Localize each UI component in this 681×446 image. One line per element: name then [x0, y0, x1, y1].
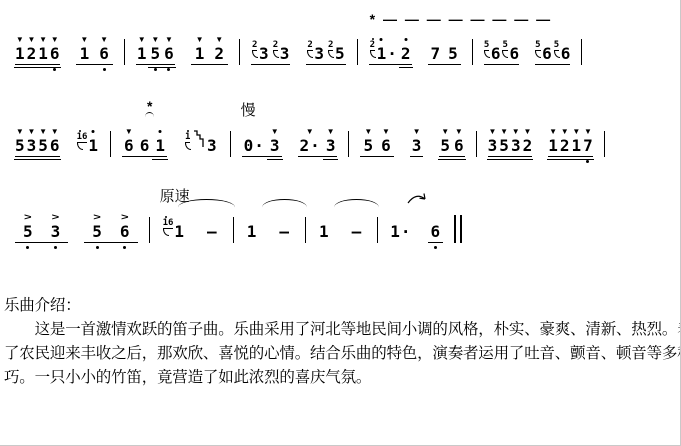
accent-icon: >: [93, 214, 101, 221]
note-digit: 3: [326, 136, 336, 156]
note-below: [511, 156, 521, 164]
measure: >5>3>5>6: [14, 206, 139, 250]
note-digit: 2: [401, 44, 411, 64]
note-group: ▼5▼6: [438, 120, 465, 164]
note: 56: [501, 28, 520, 72]
accent-icon: ▼: [80, 35, 88, 44]
beam-secondary: [582, 159, 594, 160]
accent-icon: >: [52, 214, 60, 221]
note-group: —: [201, 206, 223, 250]
note-digit: 6: [491, 44, 501, 64]
note-below: [27, 156, 37, 164]
note: ▼1: [135, 28, 149, 72]
grace-note: 16: [163, 216, 174, 236]
augmentation-dot: ·: [254, 136, 264, 156]
note-marks: ▼: [214, 28, 224, 44]
note: ▼3: [409, 120, 425, 164]
barline: [348, 131, 349, 157]
note: ▼1: [547, 120, 559, 164]
beam-secondary: [49, 67, 61, 68]
note-group: —: [346, 206, 368, 250]
grace-note: 16: [77, 130, 88, 150]
note-digit: 5: [440, 136, 450, 156]
accent-icon: ▼: [489, 127, 497, 136]
beam-secondary: [571, 159, 583, 160]
measure: 慢0·▼3▼2·▼3: [241, 120, 339, 164]
note-marks: ▼: [499, 120, 509, 136]
note-below: [51, 242, 61, 250]
note-below: [307, 64, 324, 72]
note: ▼1: [571, 120, 583, 164]
accent-icon: ▼: [364, 127, 372, 136]
note-below: [401, 64, 411, 72]
note-digit: 1: [377, 44, 387, 64]
note-body: 3: [511, 136, 521, 156]
note: ▼3: [510, 120, 522, 164]
note-below: [554, 64, 571, 72]
trill-extension-mark: * — — — — — — — —: [370, 11, 553, 27]
note-digit: 2: [300, 136, 310, 156]
note-body: 21·: [370, 44, 397, 64]
grace-digits: 2: [307, 41, 312, 51]
note-digit: 3: [207, 136, 217, 156]
measure: ▼5▼6▼3▼5▼6: [359, 120, 465, 164]
accent-icon: ▼: [413, 127, 421, 136]
note-below: [326, 156, 336, 164]
grace-hook-icon: [370, 51, 376, 58]
barline: [377, 217, 378, 243]
note-digit: —: [352, 222, 362, 242]
note: 25: [326, 28, 347, 72]
note-below: [583, 156, 593, 164]
beam-secondary: [438, 159, 452, 160]
grace-hook-icon: [77, 143, 83, 150]
accent-icon: ▼: [561, 127, 569, 136]
note: ▼5: [37, 120, 49, 164]
accent-icon: ▼: [441, 127, 449, 136]
intro-paragraph-line: 巧。一只小小的竹笛，竟营造了如此浓烈的喜庆气氛。: [4, 366, 680, 390]
note: 23: [305, 28, 326, 72]
note: ▼2: [522, 120, 534, 164]
accent-icon: ▼: [327, 127, 335, 136]
note-digit: 7: [431, 44, 441, 64]
note-body: 56: [535, 44, 552, 64]
note-body: 6: [50, 136, 60, 156]
measure: 1·6: [388, 206, 444, 250]
note-group: ▼5▼3▼5▼6: [14, 120, 61, 164]
note-below: [164, 64, 174, 72]
note-below: [92, 242, 102, 250]
octave-dot-low: [103, 68, 106, 71]
accent-icon: ▼: [584, 127, 592, 136]
note: —: [273, 206, 295, 250]
note-below: [390, 242, 410, 250]
note-body: 6: [124, 136, 134, 156]
grace-digits: 5: [554, 41, 559, 51]
note-digit: 3: [27, 136, 37, 156]
note-below: [77, 156, 98, 164]
note-below: [155, 156, 165, 164]
note-body: 3: [412, 136, 422, 156]
note-body: 2: [27, 44, 37, 64]
note: —: [201, 206, 223, 250]
note-marks: ▼: [523, 120, 533, 136]
note-group: ▼6*61: [121, 120, 168, 164]
note-digit: 6: [431, 222, 441, 242]
note-group: 5656: [483, 28, 520, 72]
grace-digits: 1: [185, 133, 190, 143]
note-below: [50, 156, 60, 164]
note-digit: 6: [124, 136, 134, 156]
note-digit: 6: [509, 44, 519, 64]
grace-note: 2: [328, 41, 334, 58]
beam-secondary: [148, 67, 162, 68]
note-marks: ▼: [511, 120, 521, 136]
note-group: 原速161: [160, 206, 187, 250]
note-group: 慢0·▼3: [241, 120, 283, 164]
note-below: [80, 64, 90, 72]
accent-icon: >: [24, 214, 32, 221]
note-marks: [247, 206, 257, 222]
note-digit: 1: [15, 44, 25, 64]
beam-secondary: [452, 159, 466, 160]
octave-dot-low: [434, 246, 437, 249]
note-body: 6: [164, 44, 174, 64]
barline: [149, 217, 150, 243]
barline: [233, 217, 234, 243]
grace-hook-icon: [185, 143, 191, 150]
note: 23: [271, 28, 292, 72]
note-digit: 1: [155, 136, 165, 156]
note-marks: ▼: [15, 120, 25, 136]
note-below: [163, 242, 184, 250]
grace-digits: 16: [163, 219, 174, 229]
octave-dot-low: [53, 68, 56, 71]
note-body: 1: [319, 222, 329, 242]
note-body: 1: [80, 44, 90, 64]
note-below: [499, 156, 509, 164]
measure: 23232325: [250, 28, 347, 72]
note: 56: [483, 28, 502, 72]
beam-secondary: [37, 159, 49, 160]
note-digit: 1: [174, 222, 184, 242]
octave-dot-low: [96, 246, 99, 249]
note-marks: [207, 206, 217, 222]
beam-secondary: [26, 67, 38, 68]
score-line: >5>3>5>6原速161—1—1—1·6: [14, 206, 680, 250]
note-group: ▼1▼5▼6: [135, 28, 176, 72]
intro-title: 乐曲介绍：: [4, 294, 680, 318]
augmentation-dot: ·: [310, 136, 320, 156]
note-below: [185, 156, 217, 164]
note: ▼2: [26, 28, 38, 72]
note-body: 0·: [244, 136, 264, 156]
note-group: 13: [182, 114, 220, 164]
note-below: [560, 156, 570, 164]
note-digit: 1: [247, 222, 257, 242]
note-digit: 3: [259, 44, 269, 64]
note-below: [247, 242, 257, 250]
beam-secondary: [498, 159, 510, 160]
note-digit: 3: [270, 136, 280, 156]
note-group: ▼1▼2▼1▼7: [547, 120, 594, 164]
note-marks: ▼: [572, 120, 582, 136]
grace-hook-icon: [307, 51, 313, 58]
measure: 1—: [244, 206, 295, 250]
note-digit: 6: [120, 222, 130, 242]
note-body: 5: [499, 136, 509, 156]
note-below: [535, 64, 552, 72]
note-body: 1: [572, 136, 582, 156]
slide-icon-wrap: [406, 191, 430, 210]
note: >5: [83, 206, 111, 250]
sheet-music-page: { "page":{"background":"#ffffff","ink":"…: [0, 0, 681, 446]
grace-note: 5: [484, 41, 490, 58]
note: 1: [244, 206, 260, 250]
note: ▼6: [49, 28, 61, 72]
grace-digits: 2: [252, 41, 257, 51]
note-below: [352, 242, 362, 250]
note-below: [502, 64, 519, 72]
note: ▼3: [487, 120, 499, 164]
note: 56: [534, 28, 553, 72]
note-body: 23: [273, 44, 290, 64]
note-digit: 1: [390, 222, 400, 242]
note-digit: 1: [137, 44, 147, 64]
tempo-label-original: 原速: [160, 185, 190, 206]
note-digit: 1: [195, 44, 205, 64]
note: >3: [42, 206, 70, 250]
note-digit: 1: [572, 136, 582, 156]
tempo-label-slow: 慢: [241, 99, 256, 120]
note-body: 1: [247, 222, 257, 242]
note-marks: ▼: [560, 120, 570, 136]
note-group: —: [273, 206, 295, 250]
note-digit: 5: [150, 44, 160, 64]
note-marks: ▼: [363, 120, 373, 136]
note-marks: [352, 206, 362, 222]
note-digit: 3: [412, 136, 422, 156]
note-marks: [448, 28, 458, 44]
augmentation-dot: ·: [401, 222, 411, 242]
note-body: 3: [51, 222, 61, 242]
glissando-icon: [193, 130, 206, 149]
grace-note: 5: [554, 41, 560, 58]
measure: ▼6*6113: [121, 114, 220, 164]
octave-dot-low: [154, 68, 157, 71]
note-body: 5: [363, 136, 373, 156]
note-body: 5: [38, 136, 48, 156]
intro-paragraph-line: 了农民迎来丰收之后，那欢欣、喜悦的心情。结合乐曲的特色，演奏者运用了吐音、颤音、…: [4, 342, 680, 366]
note-digit: 5: [448, 44, 458, 64]
accent-icon: ▼: [39, 127, 47, 136]
note-digit: 6: [50, 44, 60, 64]
barline: [230, 131, 231, 157]
note-digit: 6: [140, 136, 150, 156]
note-digit: 5: [499, 136, 509, 156]
note-body: 161: [77, 136, 98, 156]
note-below: [328, 64, 345, 72]
note: 6: [427, 206, 445, 250]
note-group: 1: [244, 206, 260, 250]
note-below: [38, 156, 48, 164]
accent-icon: ▼: [100, 35, 108, 44]
note: 7: [427, 28, 445, 72]
note: —: [346, 206, 368, 250]
grace-digits: 5: [484, 41, 489, 51]
note-marks: ▼: [270, 120, 280, 136]
barline: [305, 217, 306, 243]
note-below: [15, 64, 25, 72]
measure: 56565656: [483, 28, 572, 72]
note-marks: ▼: [195, 28, 205, 44]
accent-icon: ▼: [196, 35, 204, 44]
measure: ▼1▼2▼1▼6▼1▼6: [14, 28, 114, 72]
note-below: [273, 64, 290, 72]
accent-icon: ▼: [549, 127, 557, 136]
note: ▼3: [267, 120, 283, 164]
note: ▼2·: [297, 120, 323, 164]
grace-digits: 16: [77, 133, 88, 143]
note-below: [244, 156, 264, 164]
accent-icon: ▼: [512, 127, 520, 136]
note: ▼6: [162, 28, 176, 72]
note: ▼3: [323, 120, 339, 164]
note-body: 3: [488, 136, 498, 156]
note-body: 6: [431, 222, 441, 242]
note-digit: 6: [561, 44, 571, 64]
note-body: 56: [502, 44, 519, 64]
intro-paragraph-line: 这是一首激情欢跃的笛子曲。乐曲采用了河北等地民间小调的风格，朴实、豪爽、清新、热…: [4, 318, 680, 342]
beam-secondary: [14, 159, 26, 160]
grace-digits: 5: [502, 41, 507, 51]
beam-secondary: [399, 67, 413, 68]
note-body: —: [207, 222, 217, 242]
note: 5: [444, 28, 462, 72]
accent-icon: ▼: [523, 127, 531, 136]
note-below: [124, 156, 134, 164]
note: ▼2: [209, 28, 229, 72]
note-below: [137, 64, 147, 72]
grace-note: 2: [252, 41, 258, 58]
grace-hook-icon: [484, 51, 490, 58]
note: 原速161: [160, 206, 187, 250]
grace-note: 5: [502, 41, 508, 58]
note: 1: [152, 120, 168, 164]
note-marks: ▼: [440, 120, 450, 136]
note-body: 5: [23, 222, 33, 242]
note-digit: 3: [280, 44, 290, 64]
octave-dot-low: [54, 246, 57, 249]
note-below: [252, 64, 269, 72]
note-body: 2: [523, 136, 533, 156]
note: *6: [137, 120, 153, 164]
barline: [472, 39, 473, 65]
accent-icon: ▼: [306, 127, 314, 136]
note: ▼5: [498, 120, 510, 164]
grace-digits: 5: [535, 41, 540, 51]
note-marks: ▼: [150, 28, 160, 44]
note-below: [381, 156, 391, 164]
note-digit: 5: [38, 136, 48, 156]
octave-dot-low: [586, 160, 589, 163]
note-digit: 3: [511, 136, 521, 156]
note-marks: ▼: [50, 120, 60, 136]
note-body: 6: [381, 136, 391, 156]
note-group: 1: [316, 206, 332, 250]
note-group: ▼3: [409, 120, 425, 164]
note-below: [150, 64, 160, 72]
beam-secondary: [522, 159, 534, 160]
note-body: 7: [431, 44, 441, 64]
grace-note: 5: [535, 41, 541, 58]
beam-secondary: [26, 159, 38, 160]
note-body: 13: [185, 130, 217, 156]
note-marks: [244, 120, 264, 136]
accent-icon: ▼: [382, 127, 390, 136]
note-digit: 1: [548, 136, 558, 156]
beam-secondary: [323, 159, 339, 160]
note-below: [454, 156, 464, 164]
note-group: 5656: [534, 28, 571, 72]
note: ▼1: [75, 28, 95, 72]
grace-note: 2: [307, 41, 313, 58]
barline: [604, 131, 605, 157]
note-digit: 5: [23, 222, 33, 242]
note-marks: ▼: [38, 28, 48, 44]
note-group: 161: [75, 120, 100, 164]
note-marks: ▼: [164, 28, 174, 44]
note-marks: >: [92, 206, 102, 222]
note: ▼1: [14, 28, 26, 72]
beam-secondary: [49, 159, 61, 160]
note: ▼5: [148, 28, 162, 72]
note-digit: 3: [51, 222, 61, 242]
measure: 1—: [316, 206, 367, 250]
note-marks: [431, 206, 441, 222]
octave-dot-high: [92, 130, 95, 133]
note: 21·: [368, 28, 399, 72]
note-body: 56: [554, 44, 571, 64]
note-marks: ▼: [38, 120, 48, 136]
grace-hook-icon: [554, 51, 560, 58]
octave-dot-high: [404, 38, 407, 41]
note-marks: ▼: [412, 120, 422, 136]
beam-secondary: [547, 159, 559, 160]
note-group: ▼2·▼3: [297, 120, 339, 164]
note-marks: >: [120, 206, 130, 222]
note-body: 6: [50, 44, 60, 64]
note-digit: 5: [92, 222, 102, 242]
grace-note: 1: [185, 130, 191, 150]
beam-secondary: [162, 67, 176, 68]
accent-icon: ▼: [51, 127, 59, 136]
note-group: 21·2: [368, 28, 413, 72]
note: 23: [250, 28, 271, 72]
barline: [239, 39, 240, 65]
note-below: [15, 156, 25, 164]
note: ▼6: [452, 120, 466, 164]
barline: [357, 39, 358, 65]
note: ▼3: [26, 120, 38, 164]
note-marks: >: [51, 206, 61, 222]
note: ▼6: [49, 120, 61, 164]
note-body: 1: [137, 44, 147, 64]
note-body: 2: [214, 44, 224, 64]
beam-secondary: [37, 67, 49, 68]
note-body: 2: [560, 136, 570, 156]
note-body: 23: [252, 44, 269, 64]
